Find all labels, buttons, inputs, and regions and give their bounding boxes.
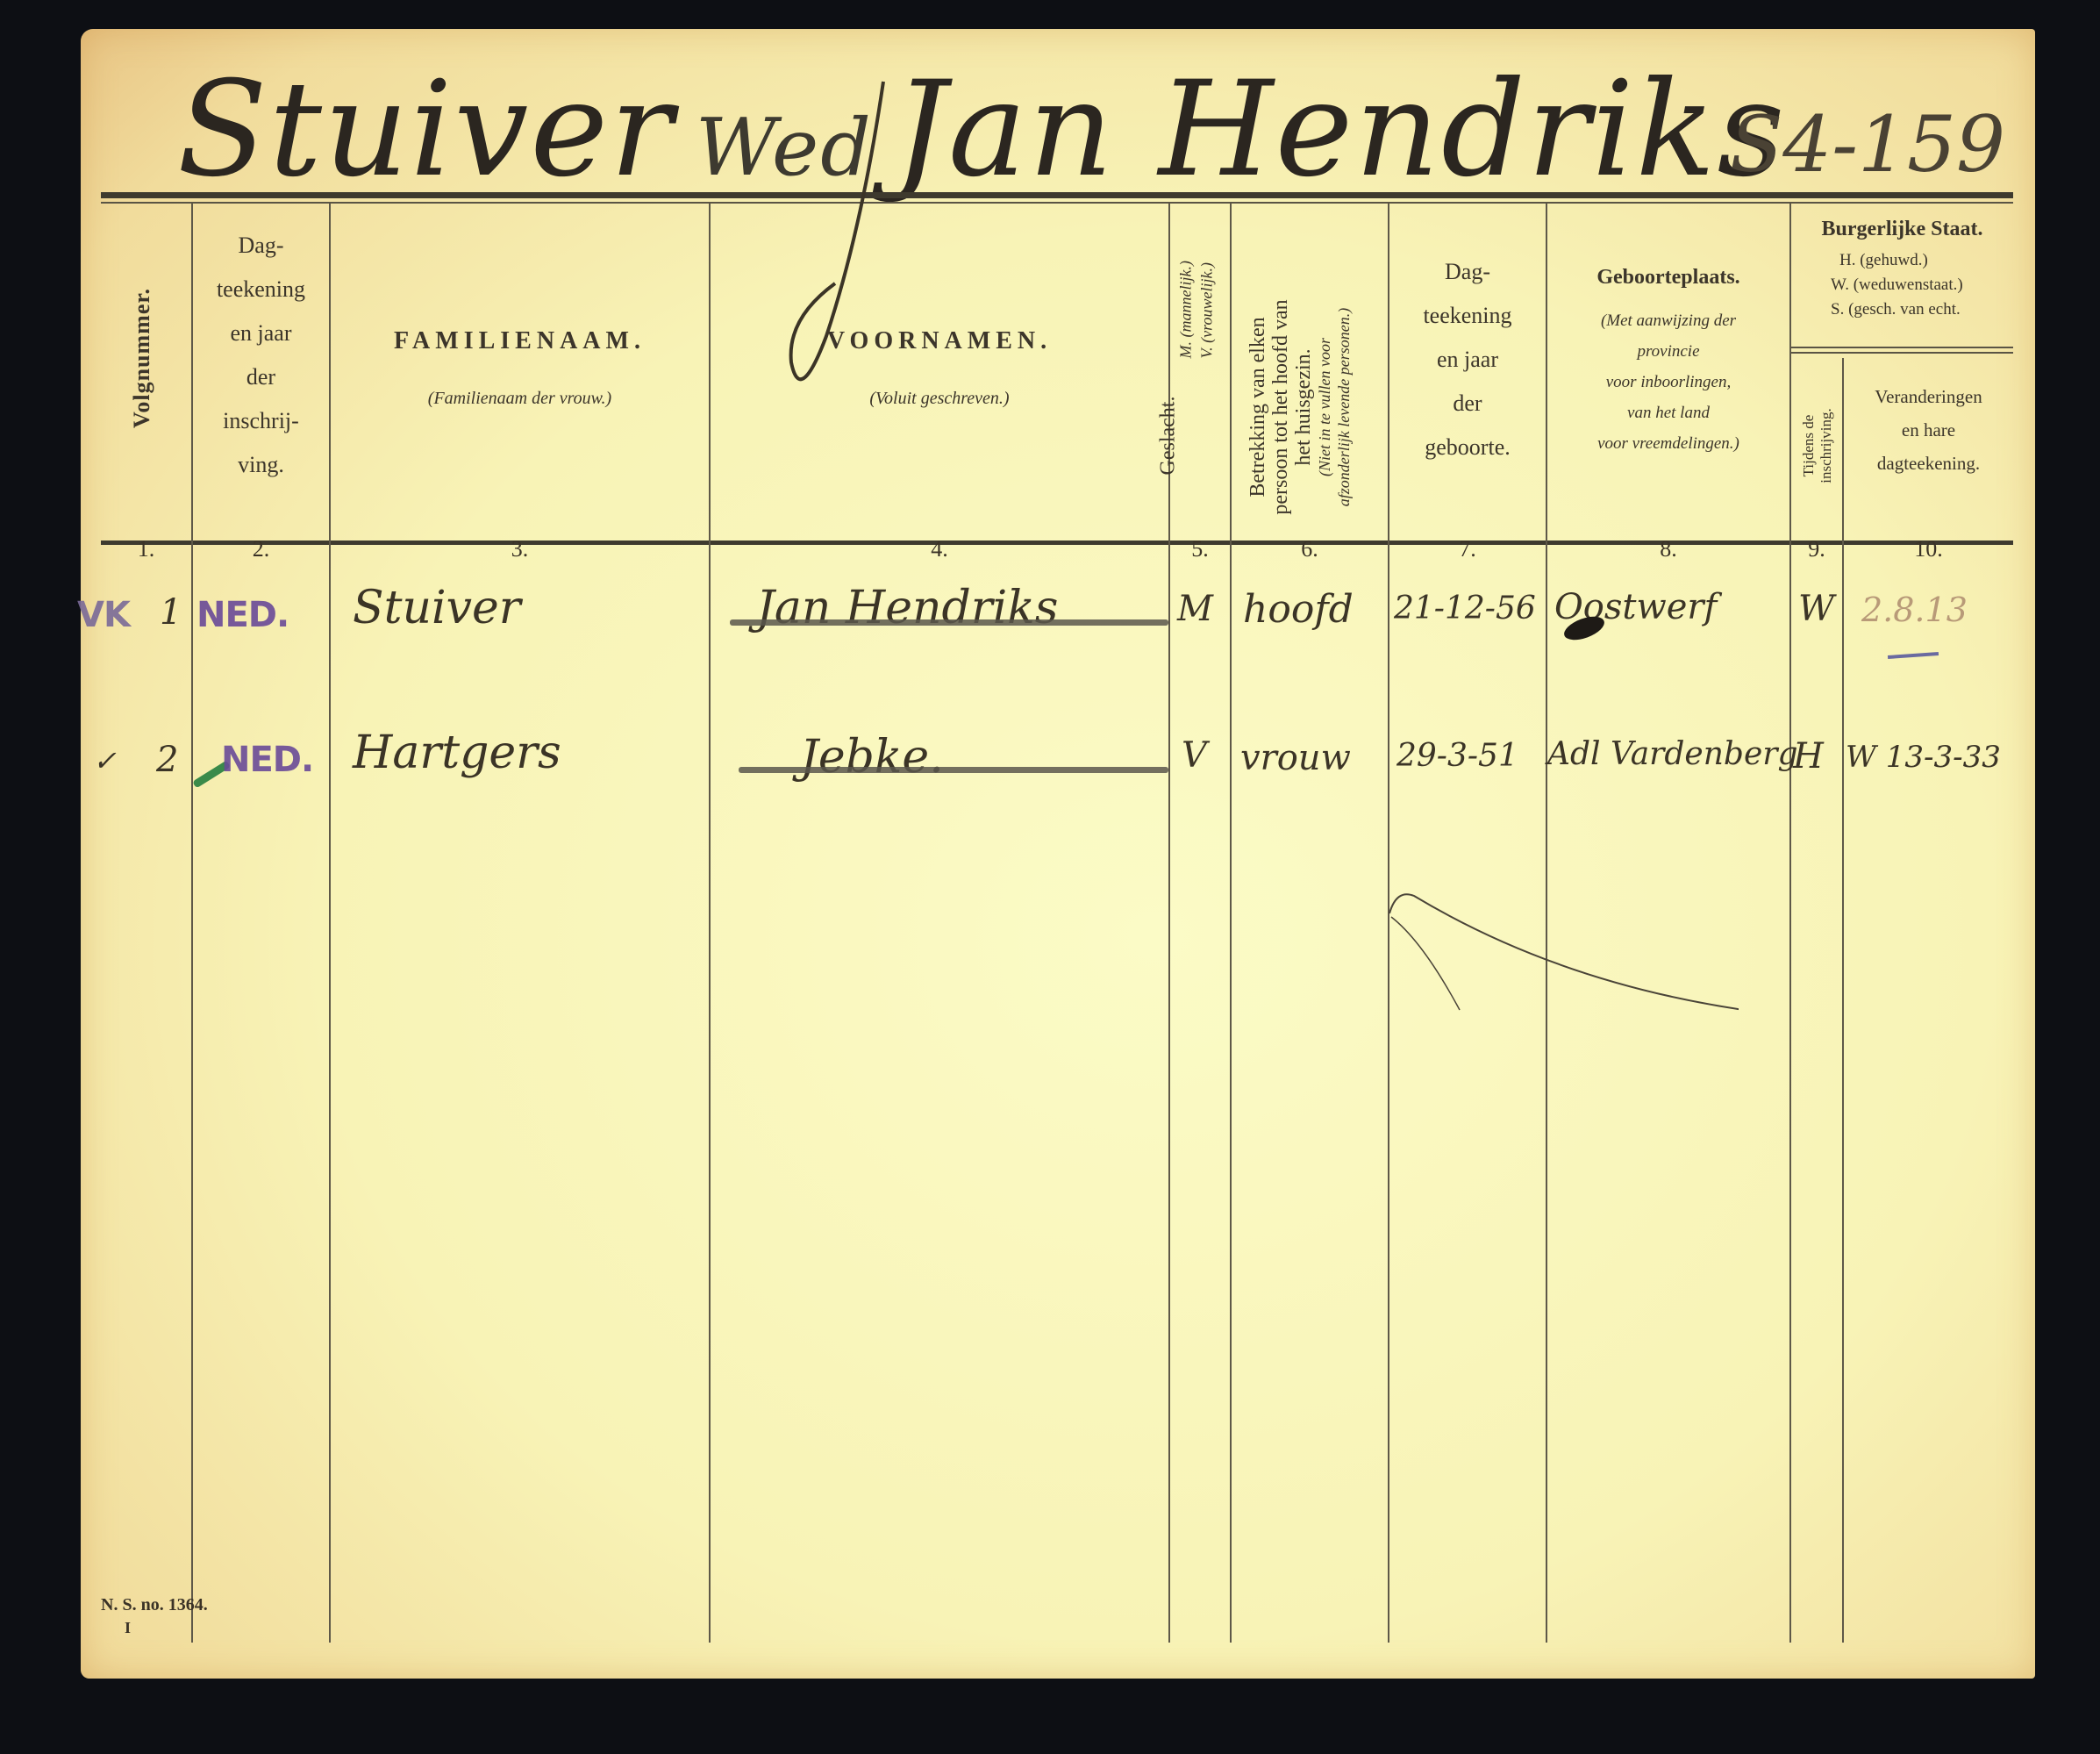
header-line: van het land: [1547, 397, 1789, 428]
header-line: persoon tot het hoofd van: [1269, 240, 1292, 574]
header-line: en jaar: [1389, 338, 1546, 382]
header-line: (Niet in te vullen voor: [1315, 240, 1334, 574]
header-dagteekening-inschrijving: Dag- teekening en jaar der inschrij- vin…: [193, 224, 329, 487]
title-surname: Stuiver: [177, 54, 675, 206]
title-given: Jan Hendriks: [894, 54, 1787, 206]
title-flourish: [765, 73, 905, 424]
strikethrough-line: [730, 619, 1168, 626]
strikethrough-line: [739, 767, 1168, 773]
title-handwritten: StuiverWedJan Hendriks: [177, 64, 1787, 196]
header-top-rule: [101, 192, 2013, 198]
header-line: Dag-: [193, 224, 329, 268]
header-geslacht-v: V. (vrouwelijk.): [1198, 183, 1217, 359]
row-margin-mark: ✓: [93, 744, 117, 777]
header-line: voor vreemdelingen.): [1547, 428, 1789, 459]
header-line: en jaar: [193, 311, 329, 355]
header-volgnummer: Volgnummer.: [129, 244, 155, 472]
legend-h: H. (gehuwd.): [1813, 248, 2013, 273]
legend-w: W. (weduwenstaat.): [1813, 273, 2013, 297]
row-betrekking: vrouw: [1240, 738, 1351, 778]
header-line: dagteekening.: [1844, 447, 2013, 480]
header-line: afzonderlijk levende personen.): [1334, 240, 1354, 574]
row-veranderingen: W 13-3-33: [1846, 740, 2001, 775]
col-divider-8: [1789, 204, 1791, 1643]
row-voornamen: Jan Hendriks: [756, 582, 1058, 634]
col-num-10: 10.: [1844, 536, 2013, 562]
col-num-8: 8.: [1547, 536, 1789, 562]
form-sub: I: [125, 1619, 131, 1637]
col-num-5: 5.: [1170, 536, 1230, 562]
reference-number: S4-159: [1730, 99, 2005, 190]
col-num-3: 3.: [331, 536, 709, 562]
header-line: (Met aanwijzing der: [1547, 305, 1789, 336]
register-card: StuiverWedJan Hendriks S4-159 Volgnummer…: [81, 29, 2035, 1679]
header-line: het huisgezin.: [1292, 240, 1315, 574]
col-num-9: 9.: [1791, 536, 1842, 562]
header-betrekking: Betrekking van elken persoon tot het hoo…: [1246, 240, 1354, 574]
col-num-1: 1.: [101, 536, 191, 562]
row-volgnummer: 2: [156, 740, 178, 780]
row-geboortedatum: 29-3-51: [1396, 738, 1518, 774]
col-divider-2: [329, 204, 331, 1643]
row-geslacht: V: [1182, 735, 1207, 776]
header-line: der: [193, 355, 329, 399]
header-line: ving.: [193, 443, 329, 487]
header-line: Tijdens de: [1800, 380, 1818, 512]
header-top-rule-thin: [101, 202, 2013, 204]
header-line: Dag-: [1389, 250, 1546, 294]
header-line: provincie: [1547, 336, 1789, 367]
header-tijdens-inschrijving: Tijdens de inschrijving.: [1800, 380, 1835, 512]
header-line: inschrijving.: [1818, 380, 1835, 512]
header-line: Veranderingen: [1844, 380, 2013, 413]
header-geslacht-m: M. (mannelijk.): [1177, 183, 1196, 359]
header-familienaam: FAMILIENAAM.: [331, 327, 709, 355]
row-margin-mark: VK: [77, 595, 130, 635]
row-burgerlijke-staat: H: [1793, 736, 1824, 777]
row-geboortedatum: 21-12-56: [1394, 591, 1536, 626]
header-line: en hare: [1844, 413, 2013, 447]
pen-stroke: [1388, 889, 1739, 1012]
header-line: inschrij-: [193, 399, 329, 443]
row-voornamen: Jebke.: [800, 731, 944, 784]
col-divider-5: [1230, 204, 1232, 1643]
header-line: der: [1389, 382, 1546, 426]
header-burgerlijke-staat: Burgerlijke Staat.: [1791, 218, 2013, 241]
header-veranderingen: Veranderingen en hare dagteekening.: [1844, 380, 2013, 480]
header-geslacht: Geslacht.: [1157, 348, 1181, 524]
nationality-stamp: NED.: [196, 595, 289, 635]
header-geboorteplaats: Geboorteplaats.: [1547, 266, 1789, 290]
col-num-2: 2.: [193, 536, 329, 562]
col-num-6: 6.: [1232, 536, 1388, 562]
row-geslacht: M: [1177, 589, 1213, 629]
form-number: N. S. no. 1364.: [101, 1595, 208, 1615]
header-burgerlijke-staat-legend: H. (gehuwd.) W. (weduwenstaat.) S. (gesc…: [1813, 248, 2013, 322]
col-divider-3: [709, 204, 711, 1643]
row-geboorteplaats: Adl Vardenberg: [1547, 736, 1798, 772]
nationality-stamp: NED.: [221, 740, 313, 780]
header-line: teekening: [1389, 294, 1546, 338]
row-betrekking: hoofd: [1243, 587, 1354, 632]
burgerlijke-staat-rule-2: [1791, 352, 2013, 354]
row-veranderingen: 2.8.13: [1861, 591, 1968, 629]
header-geboorteplaats-sub: (Met aanwijzing der provincie voor inboo…: [1547, 305, 1789, 459]
row-burgerlijke-staat: W: [1798, 589, 1834, 629]
col-num-7: 7.: [1389, 536, 1546, 562]
row-familienaam: Stuiver: [353, 582, 521, 634]
header-line: Betrekking van elken: [1246, 240, 1269, 574]
header-line: voor inboorlingen,: [1547, 367, 1789, 397]
burgerlijke-staat-rule-1: [1791, 347, 2013, 348]
row-volgnummer: 1: [160, 592, 182, 633]
header-line: geboorte.: [1389, 426, 1546, 469]
row-familienaam: Hartgers: [353, 727, 561, 779]
underline-mark: [1888, 652, 1939, 659]
header-line: teekening: [193, 268, 329, 311]
col-num-4: 4.: [711, 536, 1168, 562]
header-dagteekening-geboorte: Dag- teekening en jaar der geboorte.: [1389, 250, 1546, 469]
header-familienaam-sub: (Familienaam der vrouw.): [331, 389, 709, 409]
legend-s: S. (gesch. van echt.: [1813, 297, 2013, 322]
